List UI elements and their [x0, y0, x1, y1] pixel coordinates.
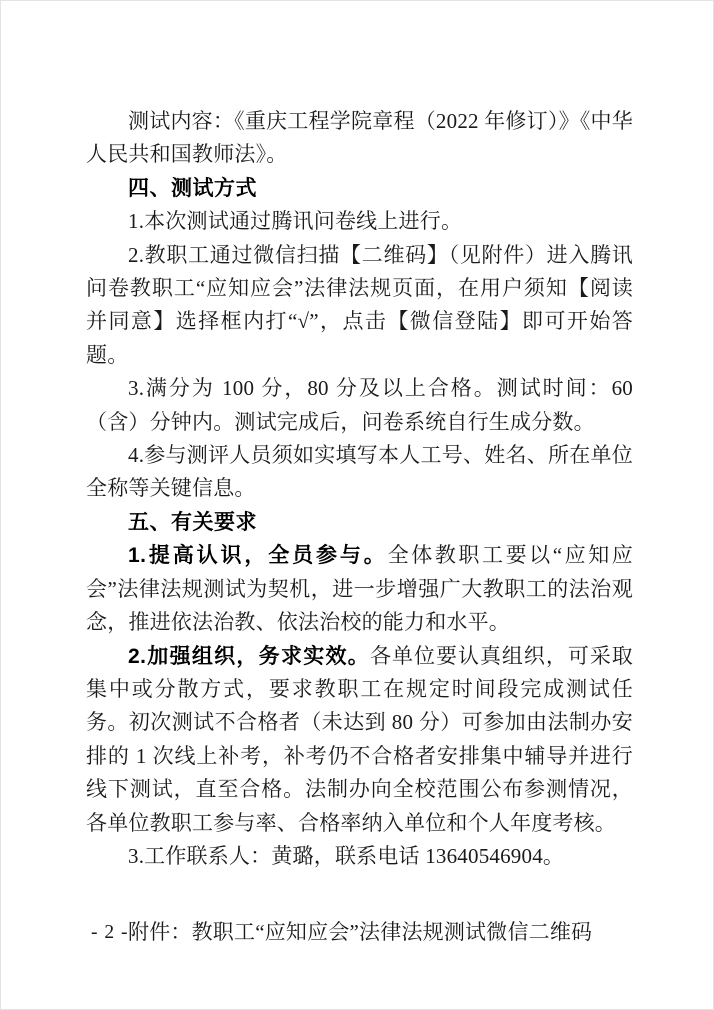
paragraph-requirement-1: 1.提高认识，全员参与。全体教职工要以“应知应会”法律法规测试为契机，进一步增强… [86, 539, 633, 639]
page-number: - 2 - [91, 922, 129, 944]
document-page: 测试内容：《重庆工程学院章程（2022 年修订）》《中华人民共和国教师法》。 四… [0, 0, 714, 1010]
paragraph-method-item-1: 1.本次测试通过腾讯问卷线上进行。 [86, 205, 633, 238]
paragraph-attachment-note: 附件：教职工“应知应会”法律法规测试微信二维码 [86, 916, 633, 949]
paragraph-method-item-2: 2.教职工通过微信扫描【二维码】（见附件）进入腾讯问卷教职工“应知应会”法律法规… [86, 239, 633, 373]
requirement-2-lead: 2.加强组织，务求实效。 [128, 645, 370, 668]
paragraph-test-content: 测试内容：《重庆工程学院章程（2022 年修订）》《中华人民共和国教师法》。 [86, 105, 633, 172]
requirement-1-lead: 1.提高认识，全员参与。 [128, 544, 388, 567]
requirement-2-text: 各单位要认真组织，可采取集中或分散方式，要求教职工在规定时间段完成测试任务。初次… [86, 644, 633, 835]
section-heading-test-method: 四、测试方式 [86, 172, 633, 205]
paragraph-method-item-3: 3.满分为 100 分，80 分及以上合格。测试时间：60（含）分钟内。测试完成… [86, 372, 633, 439]
paragraph-method-item-4: 4.参与测评人员须如实填写本人工号、姓名、所在单位全称等关键信息。 [86, 439, 633, 506]
section-heading-requirements: 五、有关要求 [86, 506, 633, 539]
paragraph-contact-person: 3.工作联系人：黄璐，联系电话 13640546904。 [86, 840, 633, 873]
document-content: 测试内容：《重庆工程学院章程（2022 年修订）》《中华人民共和国教师法》。 四… [86, 105, 633, 950]
paragraph-requirement-2: 2.加强组织，务求实效。各单位要认真组织，可采取集中或分散方式，要求教职工在规定… [86, 640, 633, 840]
